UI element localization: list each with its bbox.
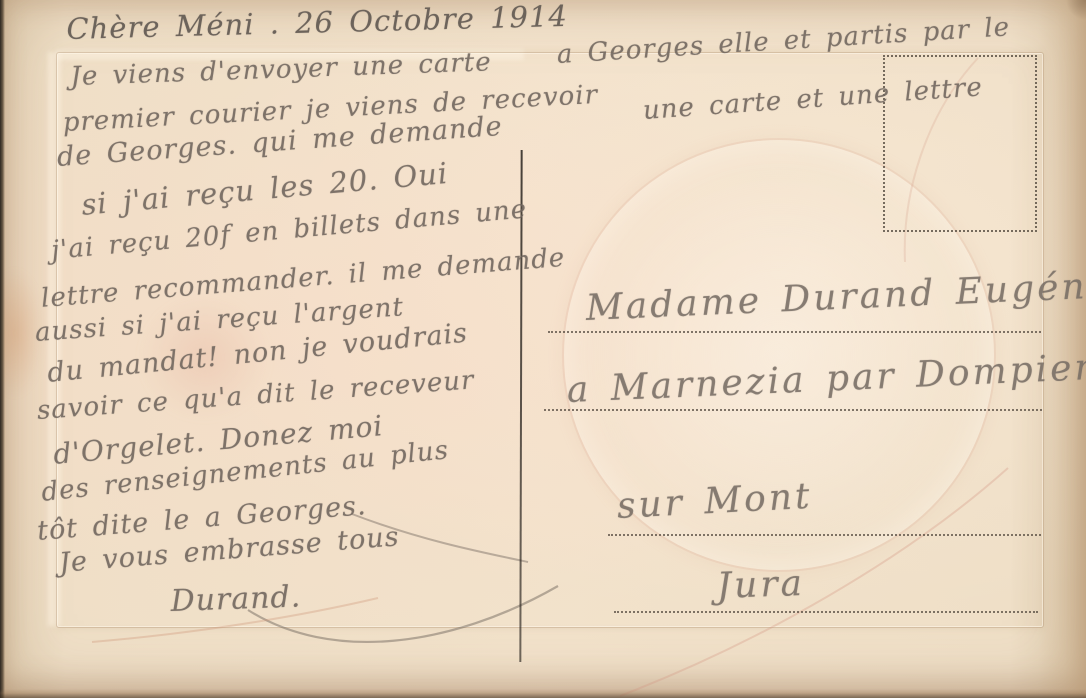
address-rule <box>548 331 1041 333</box>
postcard-back: Chère Méni . 26 Octobre 1914 Je viens d'… <box>0 0 1086 698</box>
address-line: Jura <box>716 563 806 607</box>
address-rule <box>608 534 1041 536</box>
card-edge-left <box>0 0 5 698</box>
signature: Durand. <box>170 579 302 619</box>
date-line: Chère Méni . 26 Octobre 1914 <box>66 0 568 46</box>
address-rule <box>544 409 1042 411</box>
card-edge-bottom <box>0 689 1086 698</box>
address-rule <box>614 611 1038 613</box>
